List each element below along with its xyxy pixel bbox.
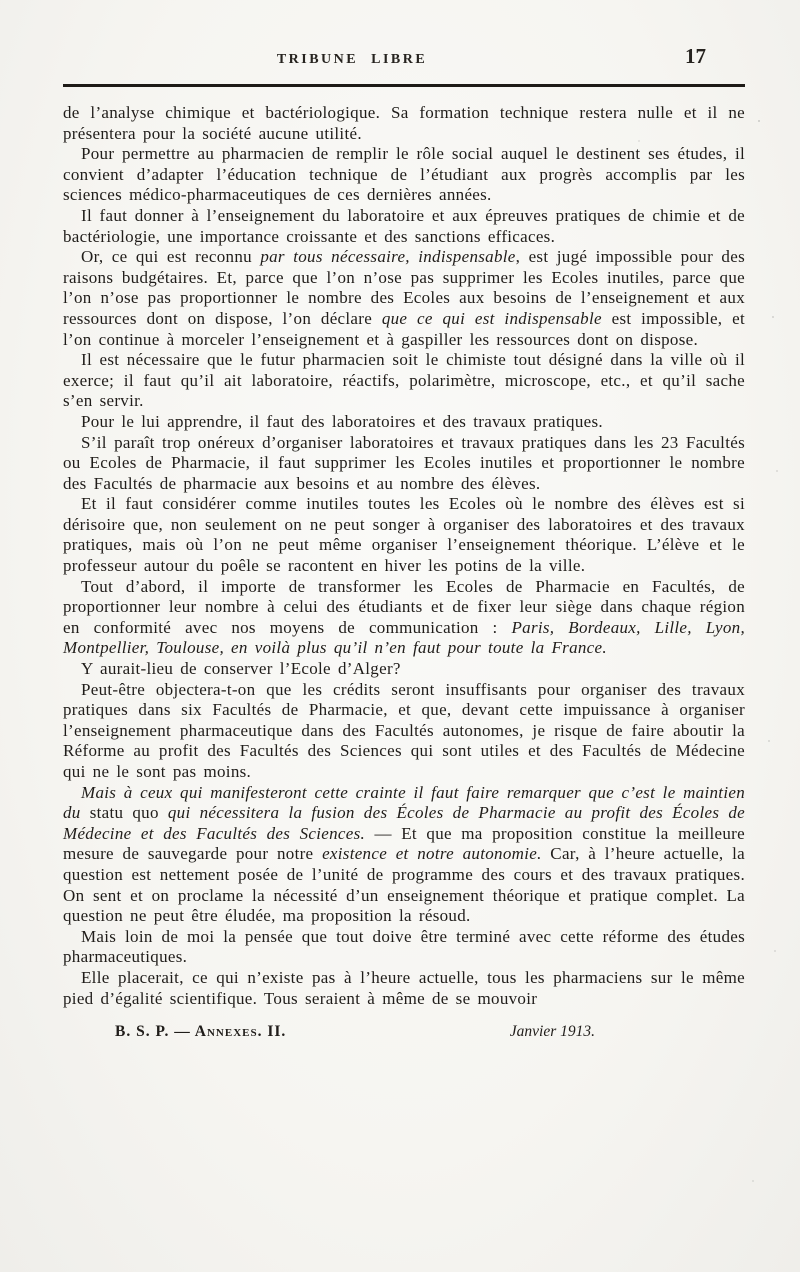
text-run: Il est nécessaire que le futur pharmacie… <box>63 350 745 410</box>
italic-run: que ce qui est indispensable <box>382 309 602 328</box>
paragraph: Mais loin de moi la pensée que tout doiv… <box>63 927 745 968</box>
text-run: Mais loin de moi la pensée que tout doiv… <box>63 927 745 967</box>
paragraph: Il est nécessaire que le futur pharmacie… <box>63 350 745 412</box>
paragraph: Pour le lui apprendre, il faut des labor… <box>63 412 745 433</box>
paragraph: Y aurait-lieu de conserver l’Ecole d’Alg… <box>63 659 745 680</box>
text-run: Pour le lui apprendre, il faut des labor… <box>81 412 603 431</box>
paragraph: de l’analyse chimique et bactériologique… <box>63 103 745 144</box>
paragraph: Mais à ceux qui manifesteront cette crai… <box>63 783 745 927</box>
paragraph: Tout d’abord, il importe de transformer … <box>63 577 745 659</box>
paragraph: Or, ce qui est reconnu par tous nécessai… <box>63 247 745 350</box>
page-header: TRIBUNE LIBRE 17 <box>63 50 745 84</box>
page-footer: B. S. P. — Annexes. II. Janvier 1913. <box>63 1023 745 1041</box>
text-run: Pour permettre au pharmacien de remplir … <box>63 144 745 204</box>
header-divider-rule <box>63 84 745 87</box>
italic-run: existence et notre autonomie. <box>322 844 542 863</box>
page-number: 17 <box>685 44 706 69</box>
text-column: TRIBUNE LIBRE 17 de l’analyse chimique e… <box>63 50 745 1041</box>
footer-signature: B. S. P. — Annexes. II. <box>115 1023 286 1041</box>
text-run: Elle placerait, ce qui n’existe pas à l’… <box>63 968 745 1008</box>
text-run: Il faut donner à l’enseignement du labor… <box>63 206 745 246</box>
text-run: Or, ce qui est reconnu <box>81 247 260 266</box>
scan-speckles <box>758 120 760 122</box>
footer-date: Janvier 1913. <box>510 1023 595 1041</box>
paragraph: Et il faut considérer comme inutiles tou… <box>63 494 745 576</box>
text-run: Peut-être objectera-t-on que les crédits… <box>63 680 745 781</box>
text-run: Et il faut considérer comme inutiles tou… <box>63 494 745 575</box>
text-run: de l’analyse chimique et bactériologique… <box>63 103 745 143</box>
paragraph: S’il paraît trop onéreux d’organiser lab… <box>63 433 745 495</box>
running-title: TRIBUNE LIBRE <box>63 52 641 68</box>
italic-run: par tous nécessaire, indispensable <box>260 247 515 266</box>
text-run: S’il paraît trop onéreux d’organiser lab… <box>63 433 745 493</box>
paragraph: Peut-être objectera-t-on que les crédits… <box>63 680 745 783</box>
text-run: Y aurait-lieu de conserver l’Ecole d’Alg… <box>81 659 401 678</box>
paragraph: Elle placerait, ce qui n’existe pas à l’… <box>63 968 745 1009</box>
body-text: de l’analyse chimique et bactériologique… <box>63 103 745 1009</box>
scanned-document-page: TRIBUNE LIBRE 17 de l’analyse chimique e… <box>0 0 800 1272</box>
paragraph: Pour permettre au pharmacien de remplir … <box>63 144 745 206</box>
paragraph: Il faut donner à l’enseignement du labor… <box>63 206 745 247</box>
text-run: statu quo <box>90 803 168 822</box>
